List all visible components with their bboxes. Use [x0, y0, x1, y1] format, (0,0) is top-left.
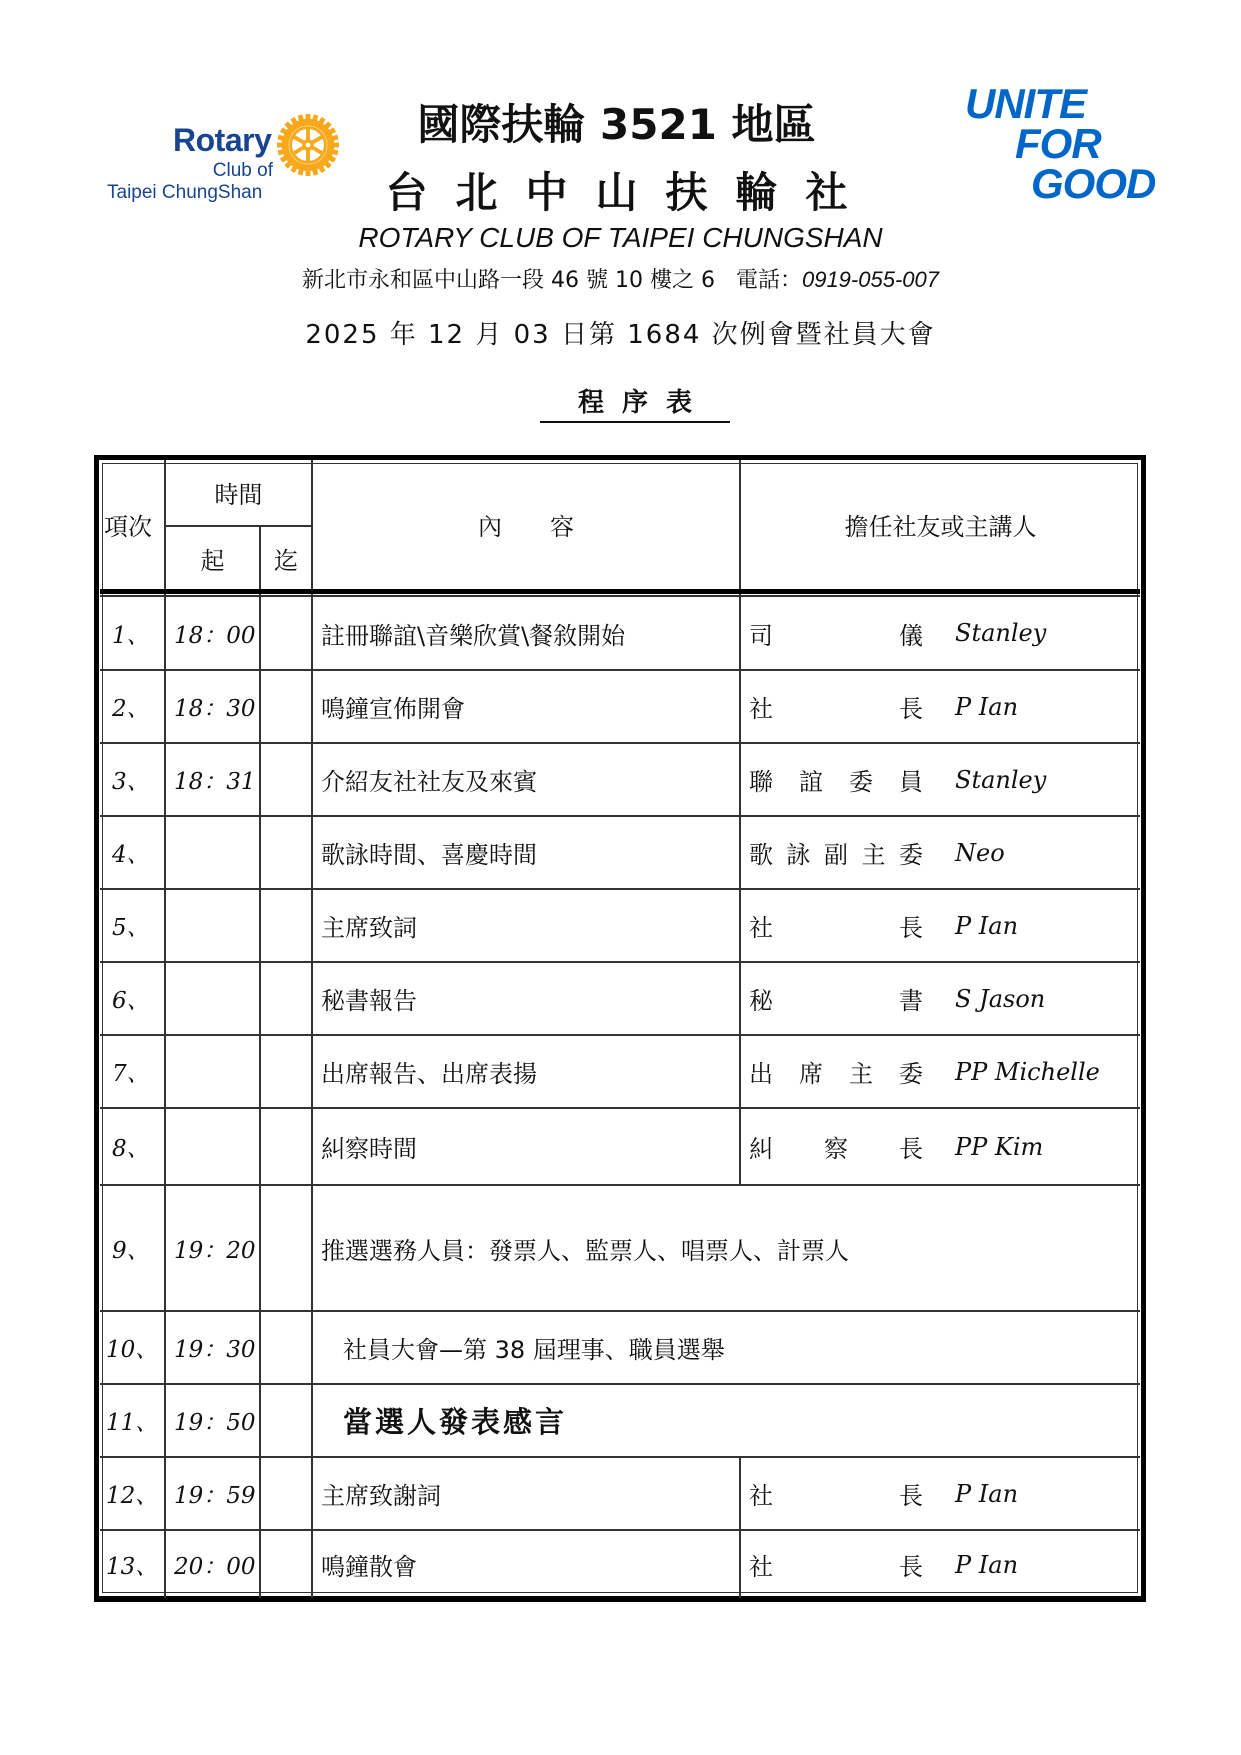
role-char: 糾 [749, 1129, 773, 1164]
role-char: 社 [749, 1547, 773, 1582]
role-char: 察 [824, 1129, 848, 1164]
role-title: 社長 [741, 1531, 941, 1598]
item-number: 6、 [100, 963, 164, 1034]
end-time [261, 1312, 311, 1383]
role-char: 主 [849, 1054, 873, 1089]
role-char: 長 [899, 908, 923, 943]
person-name: PP Michelle [955, 1036, 1140, 1107]
start-time: 19：59 [166, 1458, 259, 1529]
role-char: 主 [862, 835, 886, 870]
end-time [261, 597, 311, 669]
role-char: 員 [899, 762, 923, 797]
person-name: P Ian [955, 1458, 1140, 1529]
start-time [166, 817, 259, 888]
item-number: 9、 [100, 1186, 164, 1310]
agenda-content: 糾察時間 [313, 1109, 739, 1184]
item-number: 5、 [100, 890, 164, 961]
item-number: 10、 [100, 1312, 164, 1383]
phone-number: 0919-055-007 [802, 267, 939, 292]
agenda-content: 註冊聯誼\音樂欣賞\餐敘開始 [313, 597, 739, 669]
person-name: P Ian [955, 1531, 1140, 1598]
role-char: 副 [824, 835, 848, 870]
header-person: 擔任社友或主講人 [741, 460, 1140, 589]
end-time [261, 890, 311, 961]
end-time [261, 1458, 311, 1529]
schedule-title: 程序表 [540, 382, 730, 423]
header-time: 時間 [166, 460, 311, 525]
club-title-english: ROTARY CLUB OF TAIPEI CHUNGSHAN [0, 222, 1241, 254]
role-char: 儀 [899, 616, 923, 651]
role-title: 社長 [741, 1458, 941, 1529]
item-number: 2、 [100, 671, 164, 742]
end-time [261, 671, 311, 742]
agenda-content: 鳴鐘宣佈開會 [313, 671, 739, 742]
agenda-content: 推選選務人員：發票人、監票人、唱票人、計票人 [313, 1186, 1140, 1310]
district-title: 國際扶輪 3521 地區 [0, 92, 1241, 152]
address-text: 新北市永和區中山路一段 46 號 10 樓之 6 [302, 268, 715, 293]
header-content: 內 容 [313, 460, 739, 589]
role-char: 長 [899, 1476, 923, 1511]
agenda-content: 介紹友社社友及來賓 [313, 744, 739, 815]
role-title: 社長 [741, 671, 941, 742]
agenda-content: 出席報告、出席表揚 [313, 1036, 739, 1107]
club-title: 台北中山扶輪社 [0, 160, 1241, 220]
end-time [261, 1531, 311, 1598]
start-time: 19：50 [166, 1385, 259, 1456]
header-item: 項次 [100, 460, 164, 589]
role-title: 歌詠副主委 [741, 817, 941, 888]
end-time [261, 1109, 311, 1184]
end-time [261, 744, 311, 815]
role-char: 席 [799, 1054, 823, 1089]
header-bottom-double-line [100, 589, 1140, 594]
start-time: 19：20 [166, 1186, 259, 1310]
role-char: 誼 [799, 762, 823, 797]
header-end: 迄 [261, 527, 311, 589]
person-name: Stanley [955, 744, 1140, 815]
start-time: 18：30 [166, 671, 259, 742]
item-number: 8、 [100, 1109, 164, 1184]
start-time [166, 1109, 259, 1184]
role-char: 長 [899, 689, 923, 724]
end-time [261, 1036, 311, 1107]
person-name: Stanley [955, 597, 1140, 669]
agenda-content: 鳴鐘散會 [313, 1531, 739, 1598]
person-name: PP Kim [955, 1109, 1140, 1184]
item-number: 3、 [100, 744, 164, 815]
person-name: Neo [955, 817, 1140, 888]
start-time: 18：00 [166, 597, 259, 669]
role-title: 糾察長 [741, 1109, 941, 1184]
item-number: 4、 [100, 817, 164, 888]
agenda-content: 秘書報告 [313, 963, 739, 1034]
role-char: 社 [749, 1476, 773, 1511]
person-name: P Ian [955, 890, 1140, 961]
role-char: 歌 [749, 835, 773, 870]
item-number: 12、 [100, 1458, 164, 1529]
role-char: 秘 [749, 981, 773, 1016]
role-title: 秘書 [741, 963, 941, 1034]
start-time: 18：31 [166, 744, 259, 815]
agenda-content: 當選人發表感言 [313, 1385, 1140, 1456]
item-number: 7、 [100, 1036, 164, 1107]
person-name: P Ian [955, 671, 1140, 742]
role-char: 聯 [749, 762, 773, 797]
role-char: 書 [899, 981, 923, 1016]
end-time [261, 1186, 311, 1310]
start-time [166, 890, 259, 961]
end-time [261, 963, 311, 1034]
end-time [261, 817, 311, 888]
agenda-content: 社員大會—第 38 屆理事、職員選舉 [313, 1312, 1140, 1383]
start-time [166, 963, 259, 1034]
item-number: 11、 [100, 1385, 164, 1456]
role-title: 社長 [741, 890, 941, 961]
role-char: 長 [899, 1547, 923, 1582]
role-char: 委 [899, 835, 923, 870]
role-char: 委 [849, 762, 873, 797]
agenda-content: 歌詠時間、喜慶時間 [313, 817, 739, 888]
role-title: 出席主委 [741, 1036, 941, 1107]
item-number: 13、 [100, 1531, 164, 1598]
role-char: 長 [899, 1129, 923, 1164]
phone-label: 電話： [736, 268, 802, 293]
role-char: 社 [749, 908, 773, 943]
role-title: 司儀 [741, 597, 941, 669]
meeting-title: 2025 年 12 月 03 日第 1684 次例會暨社員大會 [0, 314, 1241, 351]
start-time: 20：00 [166, 1531, 259, 1598]
item-number: 1、 [100, 597, 164, 669]
role-char: 出 [749, 1054, 773, 1089]
end-time [261, 1385, 311, 1456]
role-title: 聯誼委員 [741, 744, 941, 815]
header-start: 起 [166, 527, 259, 589]
person-name: S Jason [955, 963, 1140, 1034]
role-char: 詠 [787, 835, 811, 870]
role-char: 社 [749, 689, 773, 724]
agenda-content: 主席致謝詞 [313, 1458, 739, 1529]
club-address-line: 新北市永和區中山路一段 46 號 10 樓之 6 電話：0919-055-007 [0, 263, 1241, 294]
start-time [166, 1036, 259, 1107]
agenda-content: 主席致詞 [313, 890, 739, 961]
start-time: 19：30 [166, 1312, 259, 1383]
role-char: 司 [749, 616, 773, 651]
role-char: 委 [899, 1054, 923, 1089]
